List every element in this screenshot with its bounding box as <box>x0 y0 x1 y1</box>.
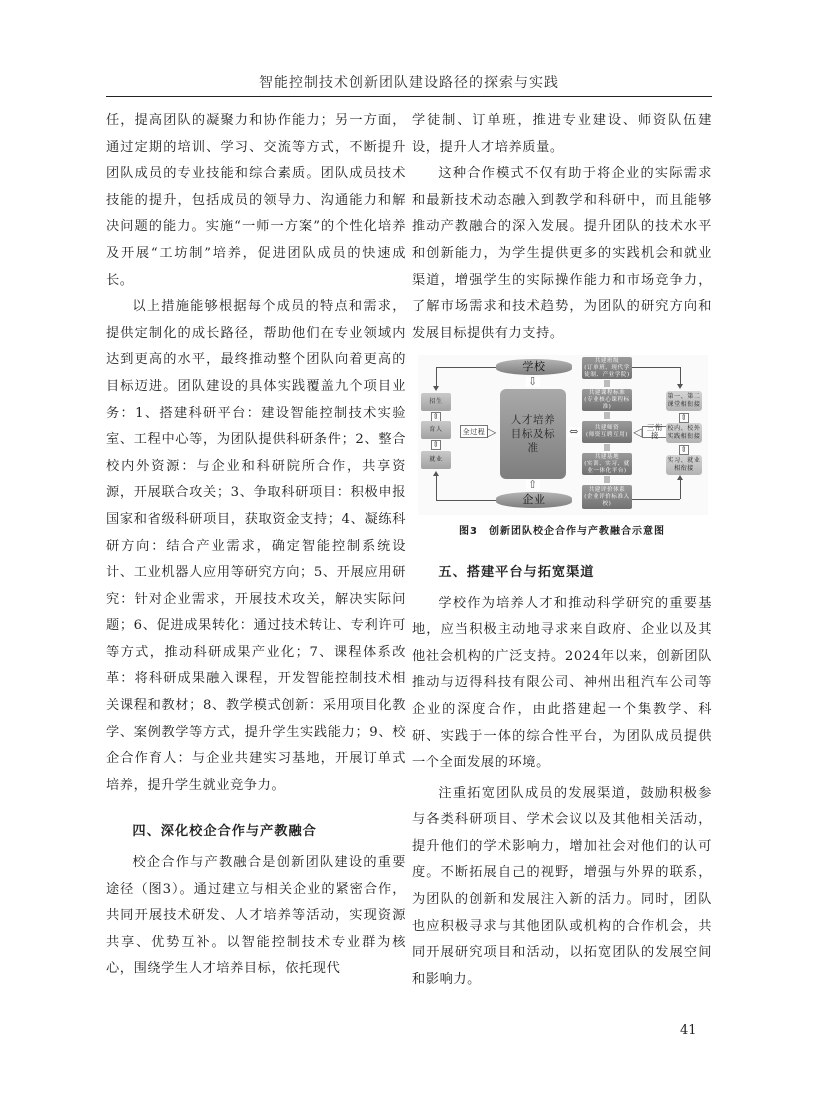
box-employment: 就业 <box>421 451 451 469</box>
arrow-right-icon: ▷ <box>488 425 496 438</box>
box-subtitle: (企业评价标准入校) <box>582 494 632 508</box>
paragraph: 学徒制、订单班，推进专业建设、师资队伍建设，提升人才培养质量。 <box>412 108 712 161</box>
left-column: 任，提高团队的凝聚力和协作能力；另一方面，通过定期的培训、学习、交流等方式，不断… <box>106 108 406 983</box>
three-links-arrow: 三衔接 <box>642 426 668 438</box>
connector-line <box>632 367 680 368</box>
connector-line <box>436 475 437 500</box>
box-title: 共建课程标准 <box>589 390 626 397</box>
arrow-up-icon: ⇧ <box>526 480 540 490</box>
connector-line <box>680 479 681 499</box>
box-joint-evaluation: 共建评价体系 (企业评价标准入校) <box>582 485 632 509</box>
paragraph: 学校作为培养人才和推动科学研究的重要基地，应当积极主动地寻求来自政府、企业以及其… <box>412 591 712 777</box>
section-heading: 四、深化校企合作与产教融合 <box>106 819 406 846</box>
box-joint-base: 共建基地 (实训、实习、就业一体化平台) <box>582 453 632 475</box>
arrow-left-icon: ◁ <box>634 425 642 439</box>
connector-line <box>436 367 437 387</box>
paragraph: 这种合作模式不仅有助于将企业的实际需求和最新技术动态融入到教学和科研中，而且能够… <box>412 161 712 347</box>
arrow-down-icon <box>604 380 610 387</box>
connector-line <box>680 367 681 385</box>
arrow-up-icon <box>677 475 683 480</box>
box-subtitle: (专业核心课程标准) <box>582 397 632 411</box>
connector-line <box>436 367 496 368</box>
figure-caption: 图3 创新团队校企合作与产教融合示意图 <box>412 519 712 546</box>
arrow-down-icon <box>433 386 439 391</box>
figure-diagram: 学校 企业 招生 ⇕ 育人 ⇕ 就业 全过程 ▷ ⇩ ⇧ 人才培养目标及标准 ⇔… <box>418 355 708 515</box>
box-title: 共建班级 <box>595 358 619 365</box>
page-number: 41 <box>680 1023 697 1038</box>
box-subtitle: (实训、实习、就业一体化平台) <box>582 461 632 475</box>
center-goal-box: 人才培养目标及标准 <box>500 389 566 479</box>
arrow-down-icon <box>604 412 610 419</box>
running-header: 智能控制技术创新团队建设路径的探索与实践 <box>106 72 712 92</box>
paragraph: 任，提高团队的凝聚力和协作能力；另一方面，通过定期的培训、学习、交流等方式，不断… <box>106 108 406 294</box>
spacer <box>106 799 406 819</box>
box-subtitle: (师资互聘互用) <box>586 432 628 439</box>
arrow-down-icon: ⇩ <box>526 377 540 387</box>
right-column: 学徒制、订单班，推进专业建设、师资队伍建设，提升人才培养质量。 这种合作模式不仅… <box>412 108 712 993</box>
box-joint-classes: 共建班级 (订单班、现代学徒制、产业学院) <box>582 357 632 379</box>
connector-line <box>436 500 496 501</box>
header-rule <box>106 96 712 97</box>
paragraph: 以上措施能够根据每个成员的特点和需求，提供定制化的成长路径，帮助他们在专业领域内… <box>106 294 406 799</box>
box-title: 共建基地 <box>595 454 619 461</box>
double-arrow-icon: ⇕ <box>679 413 689 423</box>
arrow-up-icon <box>433 471 439 476</box>
double-arrow-icon: ⇕ <box>679 445 689 455</box>
box-joint-faculty: 共建师资 (师资互聘互用) <box>582 421 632 443</box>
box-joint-curriculum: 共建课程标准 (专业核心课程标准) <box>582 389 632 411</box>
arrow-down-icon <box>677 384 683 389</box>
double-arrow-icon: ⇔ <box>568 427 580 437</box>
box-title: 共建评价体系 <box>589 487 626 494</box>
box-subtitle: (订单班、现代学徒制、产业学院) <box>582 365 632 379</box>
whole-process-arrow: 全过程 <box>460 425 488 438</box>
paragraph: 校企合作与产教融合是创新团队建设的重要途径（图3）。通过建立与相关企业的紧密合作… <box>106 850 406 983</box>
arrow-down-icon <box>604 476 610 483</box>
box-internship-link: 实习、就业相衔接 <box>666 455 702 475</box>
paragraph: 注重拓宽团队成员的发展渠道，鼓励积极参与各类科研项目、学术会议以及其他相关活动，… <box>412 781 712 994</box>
arrow-down-icon <box>604 444 610 451</box>
connector-line <box>632 499 680 500</box>
section-heading: 五、搭建平台与拓宽渠道 <box>412 560 712 587</box>
double-arrow-icon: ⇕ <box>431 440 441 450</box>
